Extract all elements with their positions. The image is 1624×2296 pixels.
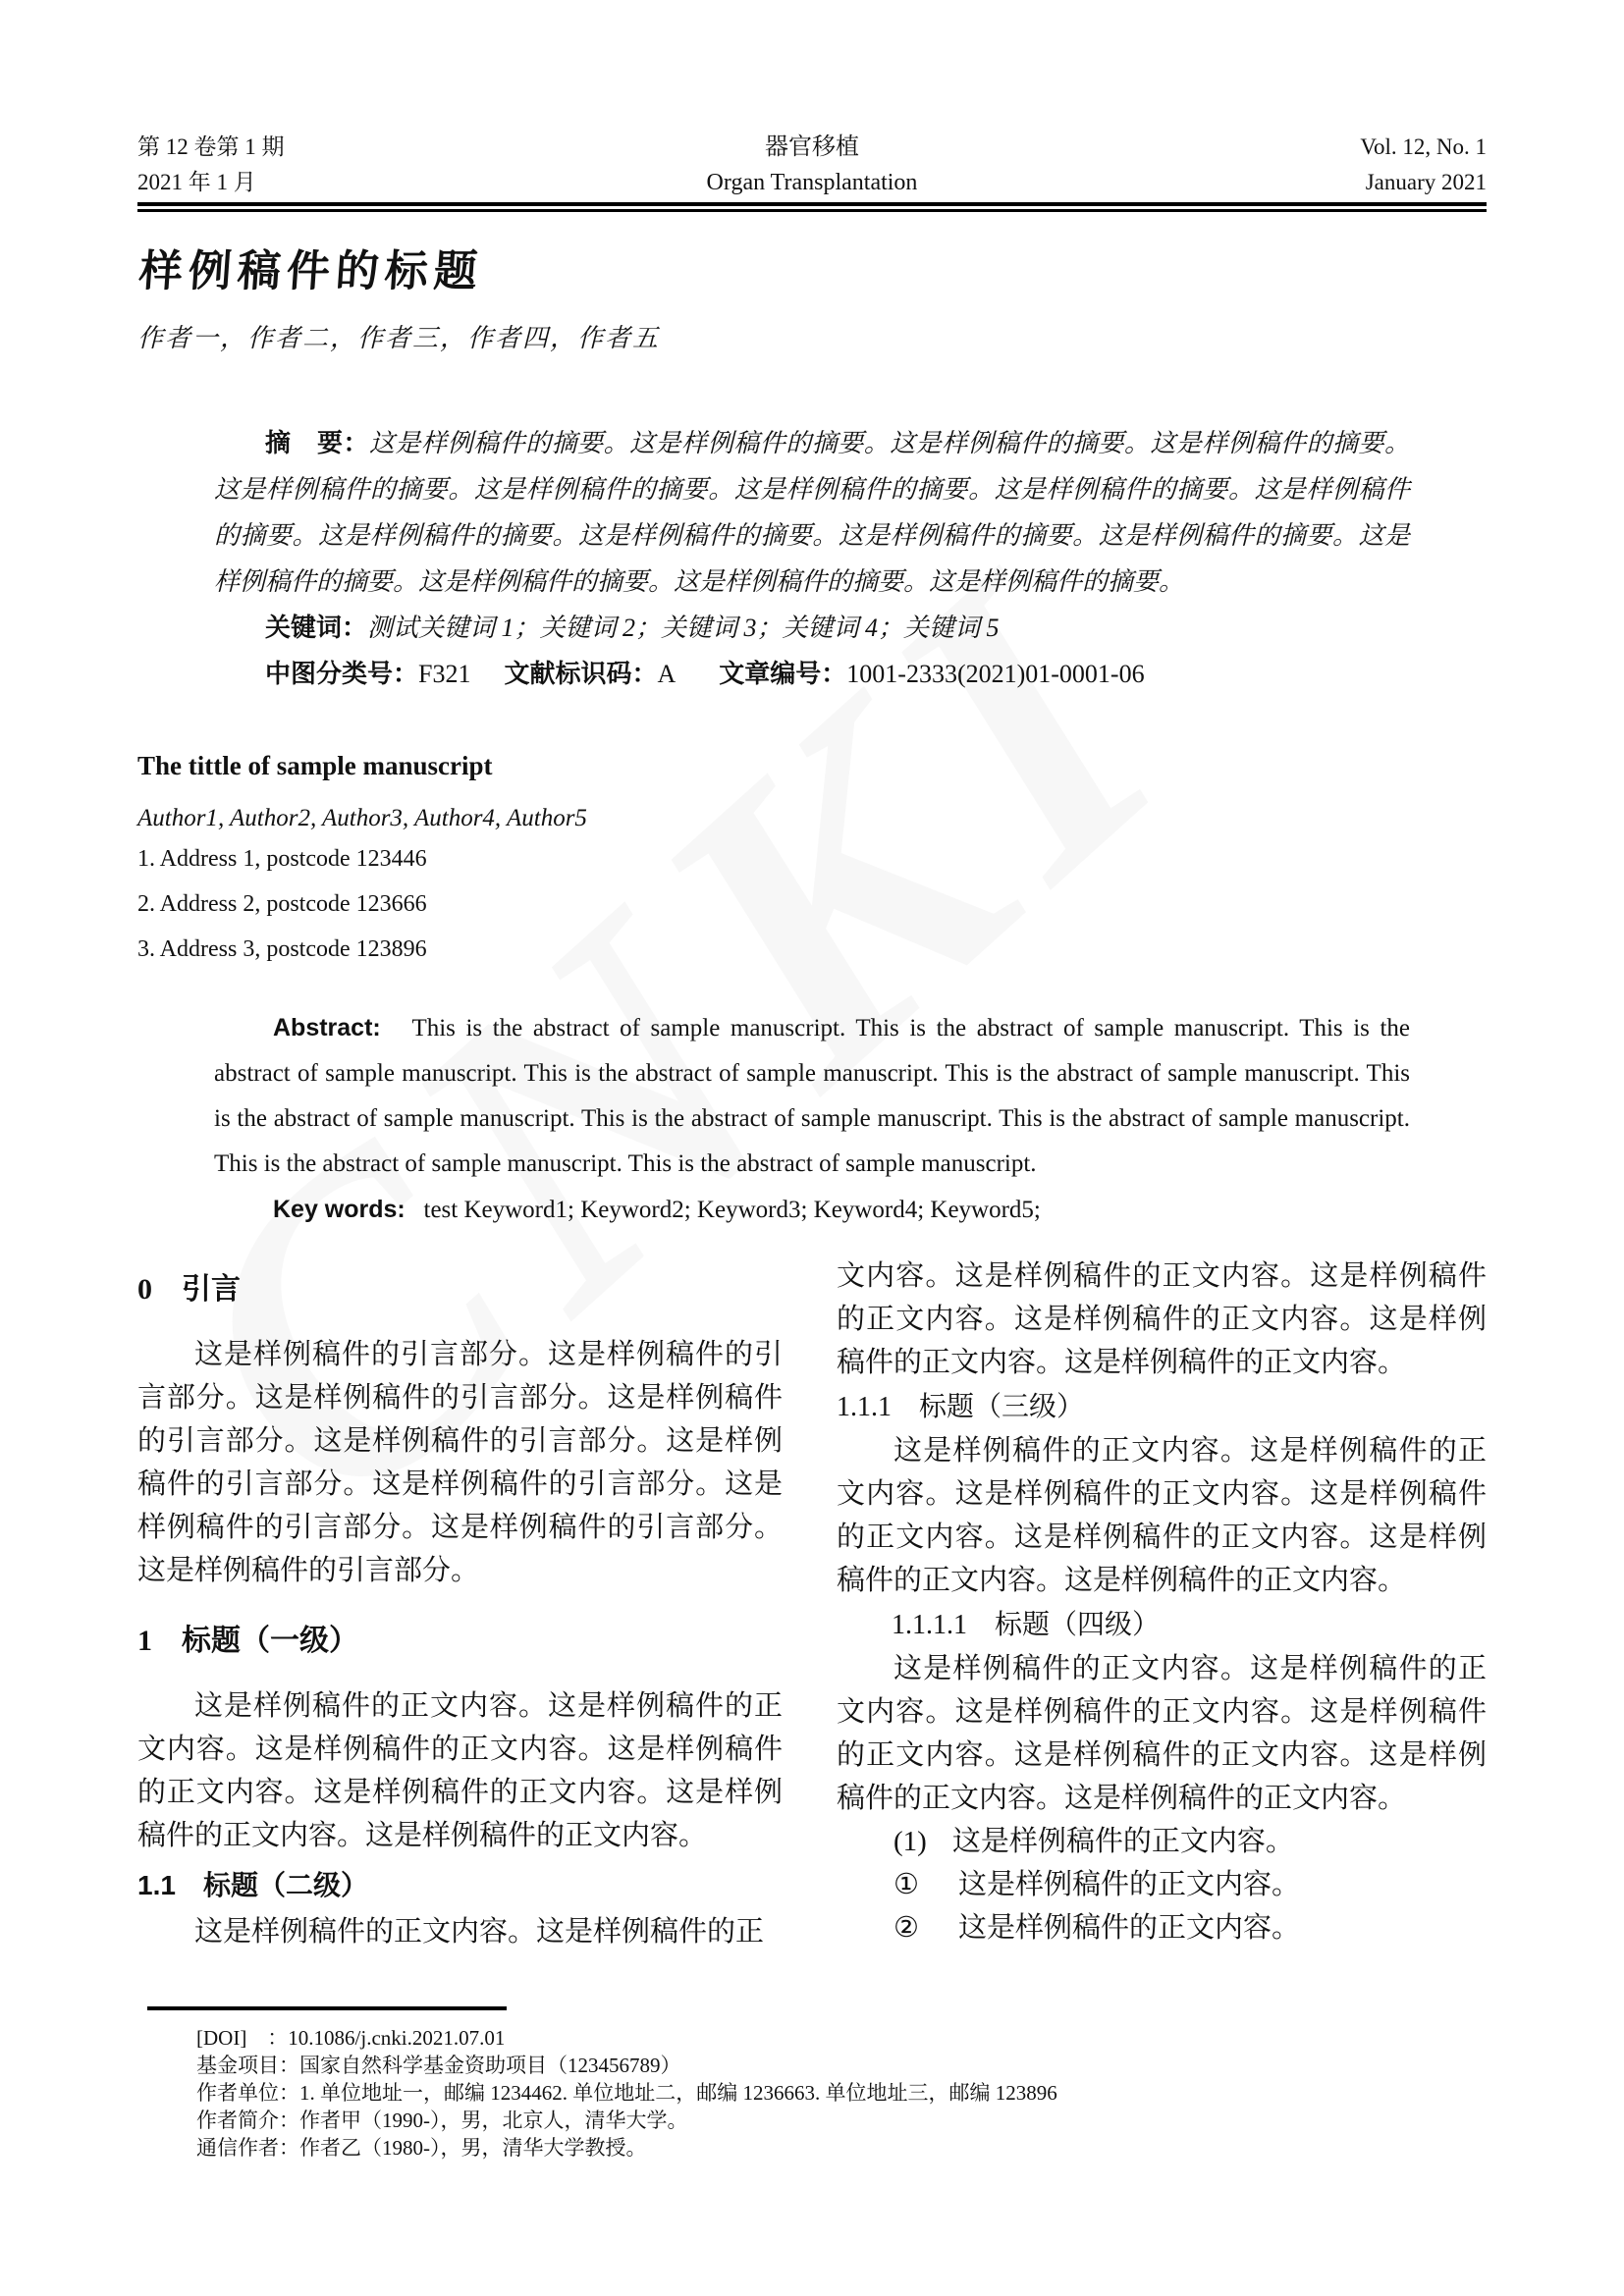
- heading-intro-num: 0: [137, 1273, 152, 1306]
- heading-1-1-num: 1.1: [137, 1870, 176, 1900]
- abstract-text-en: This is the abstract of sample manuscrip…: [214, 1015, 1410, 1177]
- keywords-en: Key words: test Keyword1; Keyword2; Keyw…: [214, 1187, 1410, 1233]
- list-item-paren-1: (1)这是样例稿件的正文内容。: [837, 1820, 1487, 1863]
- footnote-divider: [147, 2006, 507, 2010]
- abstract-label-en: Abstract:: [273, 1014, 381, 1041]
- section-1-1-paragraph-start: 这是样例稿件的正文内容。这是样例稿件的正: [137, 1910, 783, 1953]
- footnote-corresponding-author: 通信作者：作者乙（1980-），男，清华大学教授。: [196, 2134, 1522, 2162]
- english-block: The tittle of sample manuscript Author1,…: [137, 746, 1487, 972]
- volume-info-en: Vol. 12, No. 1 January 2021: [1133, 130, 1487, 200]
- volume-no-en: Vol. 12, No. 1: [1133, 130, 1487, 165]
- abstract-cn: 摘 要：这是样例稿件的摘要。这是样例稿件的摘要。这是样例稿件的摘要。这是样例稿件…: [214, 420, 1410, 605]
- section-1-1-paragraph-continued: 文内容。这是样例稿件的正文内容。这是样例稿件的正文内容。这是样例稿件的正文内容。…: [837, 1255, 1487, 1384]
- heading-1-1: 1.1 标题（二级）: [137, 1867, 783, 1904]
- clc-label: 中图分类号：: [265, 659, 418, 688]
- address-1: 1. Address 1, postcode 123446: [137, 836, 1487, 881]
- journal-title-en: Organ Transplantation: [491, 165, 1133, 200]
- left-column: 0 引言 这是样例稿件的引言部分。这是样例稿件的引言部分。这是样例稿件的引言部分…: [137, 1255, 783, 1953]
- issue-date-en: January 2021: [1133, 165, 1487, 200]
- heading-1: 1 标题（一级）: [137, 1622, 783, 1661]
- keywords-label-en: Key words:: [273, 1196, 406, 1223]
- abstract-en: Abstract: This is the abstract of sample…: [214, 1005, 1410, 1187]
- address-2: 2. Address 2, postcode 123666: [137, 881, 1487, 927]
- journal-page: CNKI 第 12 卷第 1 期 2021 年 1 月 器官移植 Organ T…: [0, 0, 1624, 2296]
- footnote-affiliations: 作者单位：1. 单位地址一，邮编 1234462. 单位地址二，邮编 12366…: [196, 2079, 1522, 2107]
- abstract-block-cn: 摘 要：这是样例稿件的摘要。这是样例稿件的摘要。这是样例稿件的摘要。这是样例稿件…: [214, 420, 1410, 697]
- heading-1-num: 1: [137, 1625, 152, 1657]
- doc-code-value: A: [658, 660, 677, 688]
- footnote-doi: [DOI] ：10.1086/j.cnki.2021.07.01: [196, 2024, 1522, 2052]
- footnote-lines: [DOI] ：10.1086/j.cnki.2021.07.01 基金项目：国家…: [147, 2024, 1522, 2162]
- article-id-label: 文章编号：: [719, 659, 846, 688]
- classification-line: 中图分类号：F321文献标识码：A文章编号：1001-2333(2021)01-…: [214, 651, 1410, 697]
- abstract-label-cn: 摘 要：: [265, 428, 369, 457]
- intro-paragraph: 这是样例稿件的引言部分。这是样例稿件的引言部分。这是样例稿件的引言部分。这是样例…: [137, 1333, 783, 1592]
- keywords-label-cn: 关键词：: [265, 613, 367, 642]
- footnote-funding: 基金项目：国家自然科学基金资助项目（123456789）: [196, 2052, 1522, 2079]
- running-head: 第 12 卷第 1 期 2021 年 1 月 器官移植 Organ Transp…: [137, 130, 1487, 200]
- issue-info: 第 12 卷第 1 期 2021 年 1 月: [137, 130, 491, 200]
- issue-date-cn: 2021 年 1 月: [137, 165, 491, 200]
- journal-title-cn: 器官移植: [491, 130, 1133, 165]
- list-marker-circle-2: ②: [893, 1912, 919, 1944]
- section-1-paragraph: 这是样例稿件的正文内容。这是样例稿件的正文内容。这是样例稿件的正文内容。这是样例…: [137, 1684, 783, 1857]
- journal-title: 器官移植 Organ Transplantation: [491, 130, 1133, 200]
- heading-intro: 0 引言: [137, 1270, 783, 1309]
- right-column: 文内容。这是样例稿件的正文内容。这是样例稿件的正文内容。这是样例稿件的正文内容。…: [837, 1255, 1487, 1953]
- abstract-text-cn: 这是样例稿件的摘要。这是样例稿件的摘要。这是样例稿件的摘要。这是样例稿件的摘要。…: [214, 429, 1410, 596]
- body-columns: 0 引言 这是样例稿件的引言部分。这是样例稿件的引言部分。这是样例稿件的引言部分…: [137, 1255, 1487, 1953]
- address-3: 3. Address 3, postcode 123896: [137, 927, 1487, 972]
- doc-code-label: 文献标识码：: [504, 659, 657, 688]
- list-item-circle-2: ②这是样例稿件的正文内容。: [837, 1906, 1487, 1949]
- list-marker-paren-1: (1): [893, 1826, 927, 1857]
- header-divider: [137, 202, 1487, 212]
- authors-en: Author1, Author2, Author3, Author4, Auth…: [137, 801, 1487, 836]
- footnote-author-bio: 作者简介：作者甲（1990-），男，北京人，清华大学。: [196, 2107, 1522, 2134]
- article-id-value: 1001-2333(2021)01-0001-06: [846, 660, 1144, 688]
- article-title-cn: 样例稿件的标题: [137, 245, 1490, 298]
- footnote-area: [DOI] ：10.1086/j.cnki.2021.07.01 基金项目：国家…: [147, 2006, 1522, 2162]
- list-item-circle-1: ①这是样例稿件的正文内容。: [837, 1863, 1487, 1906]
- keywords-text-en: test Keyword1; Keyword2; Keyword3; Keywo…: [424, 1197, 1041, 1223]
- volume-issue: 第 12 卷第 1 期: [137, 130, 491, 165]
- list-marker-circle-1: ①: [893, 1869, 919, 1900]
- heading-1-1-1: 1.1.1 标题（三级）: [837, 1386, 1487, 1429]
- article-title-en: The tittle of sample manuscript: [137, 746, 1487, 785]
- heading-1-1-1-1: 1.1.1.1 标题（四级）: [837, 1604, 1487, 1647]
- section-1-1-1-paragraph: 这是样例稿件的正文内容。这是样例稿件的正文内容。这是样例稿件的正文内容。这是样例…: [837, 1429, 1487, 1602]
- keywords-text-cn: 测试关键词 1；关键词 2；关键词 3；关键词 4；关键词 5: [367, 614, 1000, 642]
- keywords-cn: 关键词：测试关键词 1；关键词 2；关键词 3；关键词 4；关键词 5: [214, 605, 1410, 651]
- authors-cn: 作者一，作者二，作者三，作者四，作者五: [137, 322, 1487, 355]
- abstract-block-en: Abstract: This is the abstract of sample…: [214, 1005, 1410, 1233]
- clc-value: F321: [418, 660, 470, 688]
- section-1-1-1-1-paragraph: 这是样例稿件的正文内容。这是样例稿件的正文内容。这是样例稿件的正文内容。这是样例…: [837, 1647, 1487, 1820]
